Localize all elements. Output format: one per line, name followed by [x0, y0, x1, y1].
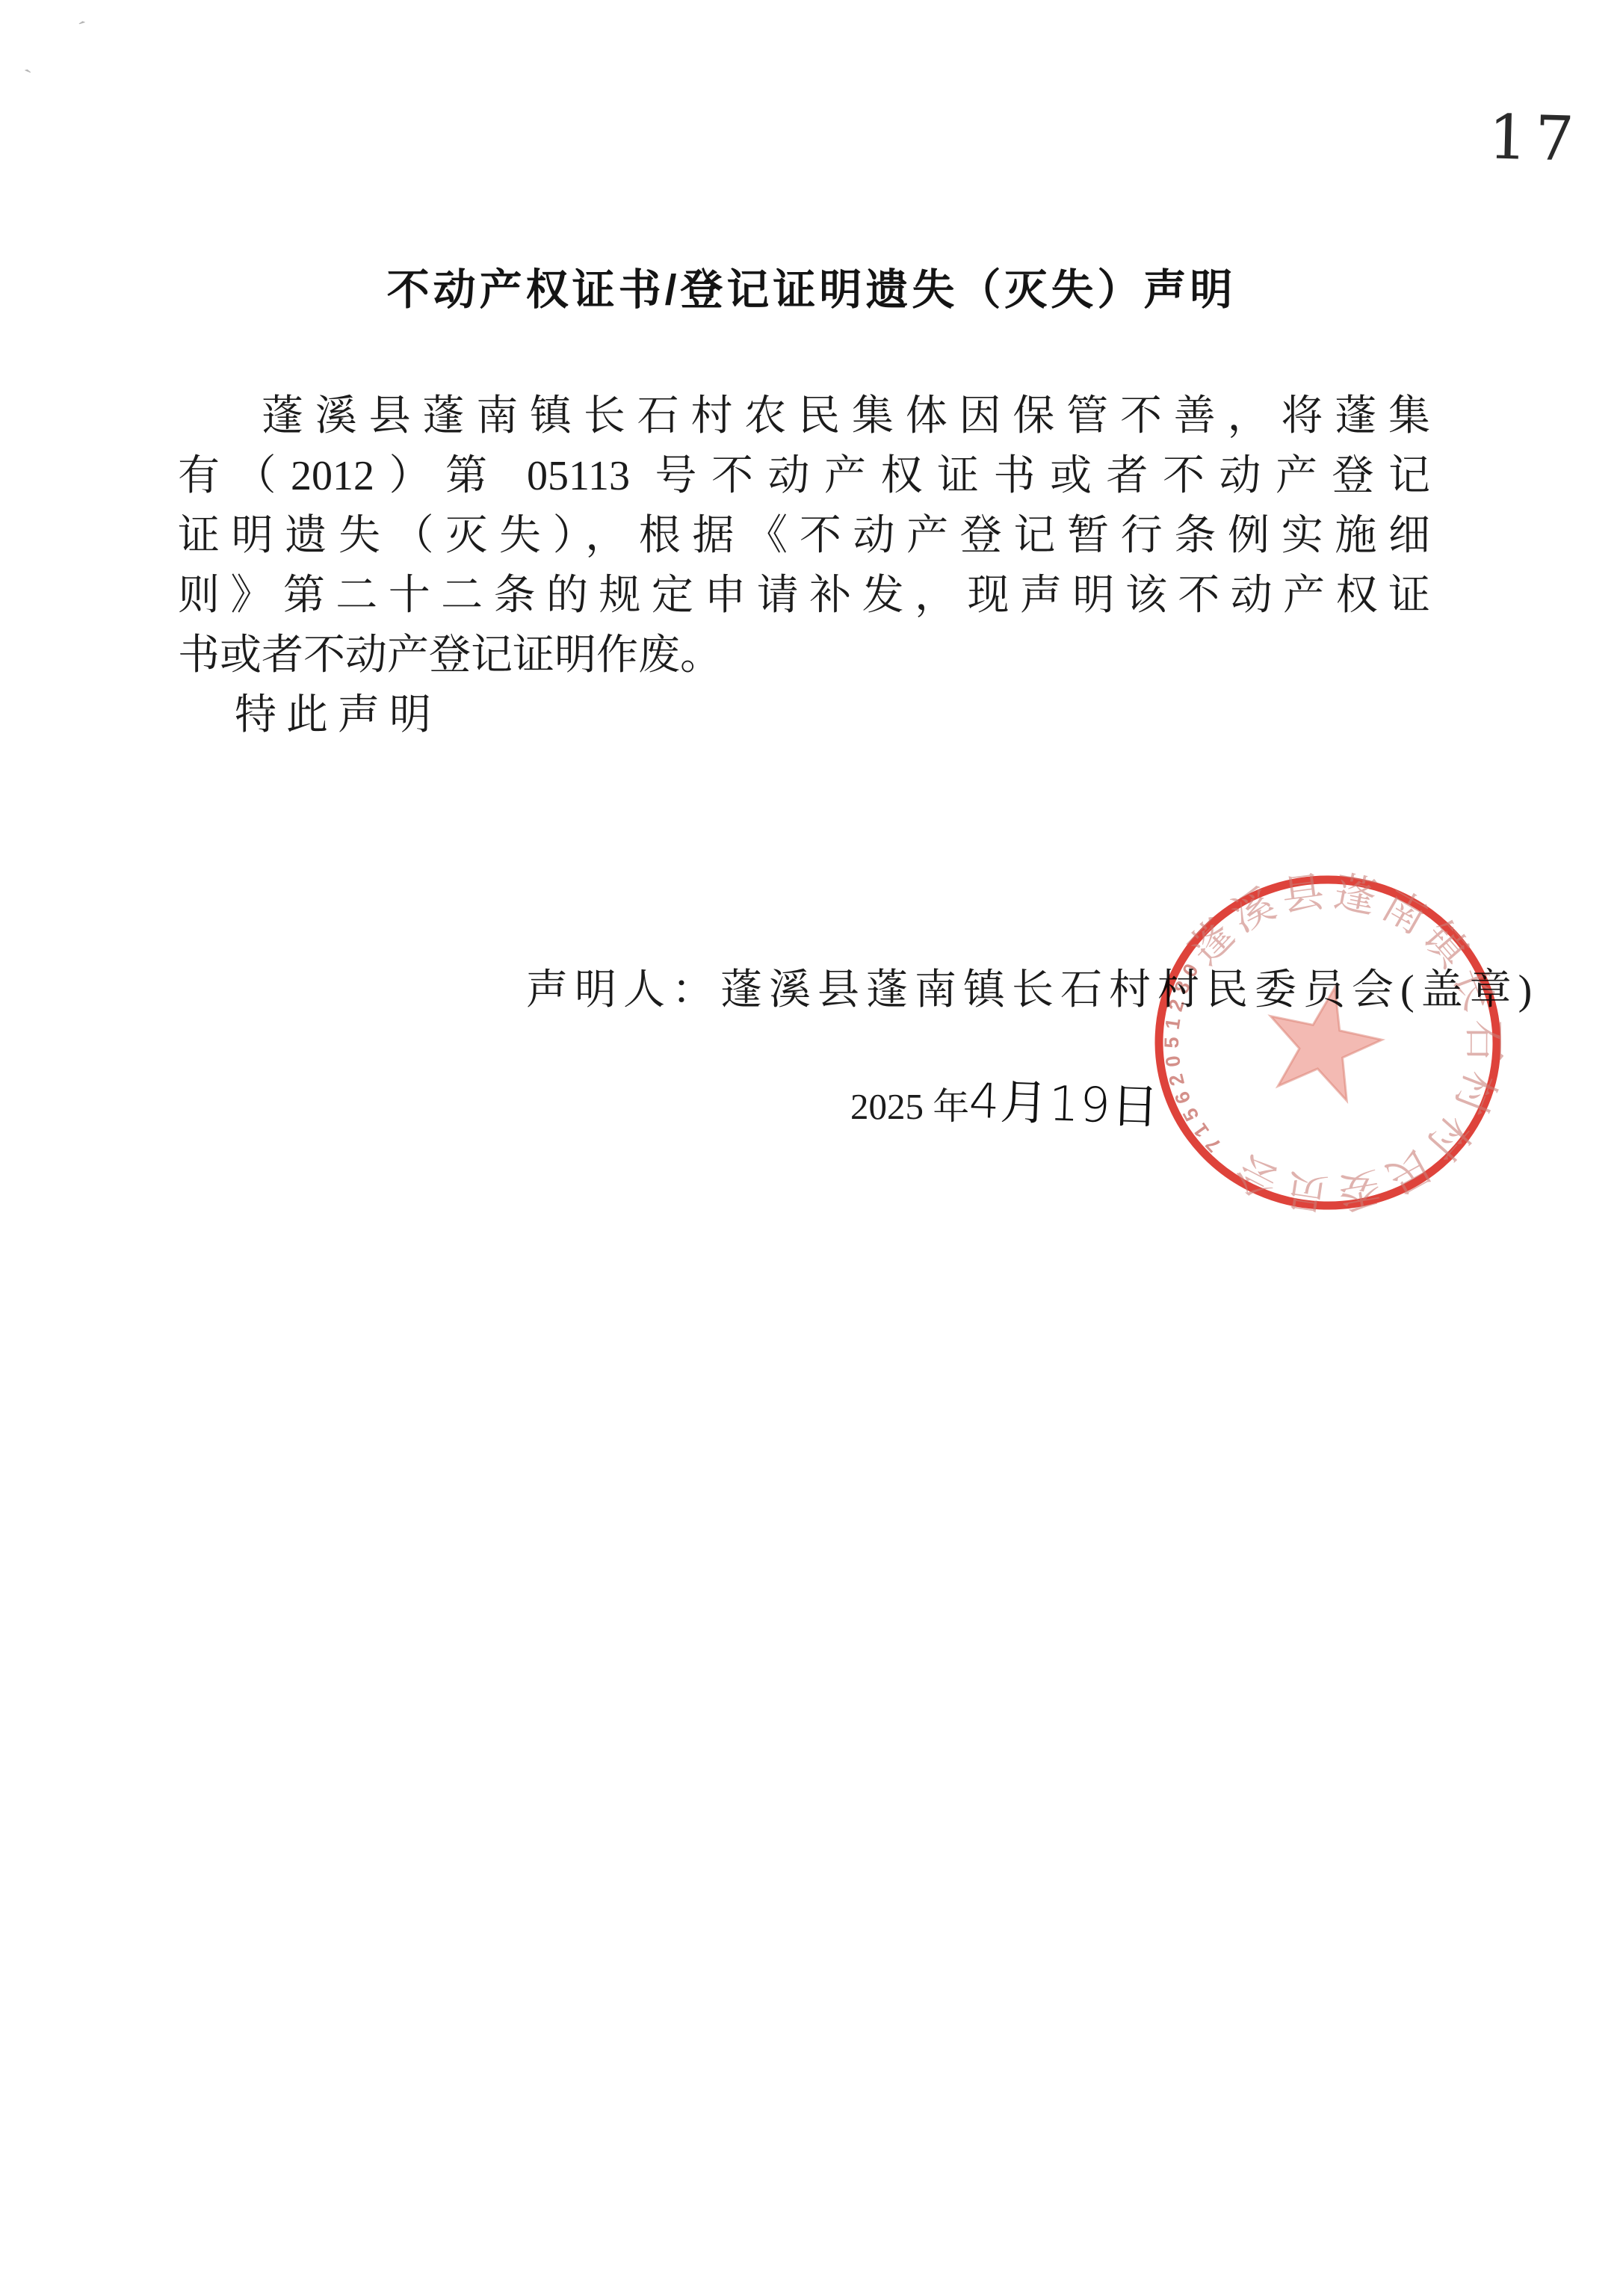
scanned-document-page: ˎ ˊ 17 不动产权证书/登记证明遗失（灭失）声明 蓬溪县蓬南镇长石村农民集体… [0, 0, 1623, 2296]
date-line: 2025 年4月19日 [850, 1064, 1160, 1133]
date-printed-year: 2025 年 [850, 1086, 969, 1127]
official-seal: 蓬溪县蓬南镇长石村村民委员会 71562051280 [1152, 867, 1503, 1218]
page-number: 17 [1488, 102, 1583, 175]
seal-star [1257, 976, 1391, 1105]
body-line: 证明遗失（灭失），根据《不动产登记暂行条例实施细 [178, 506, 1430, 566]
closing-statement: 特此声明 [178, 685, 1487, 745]
date-handwritten: 4月19日 [968, 1063, 1161, 1138]
body-line: 蓬溪县蓬南镇长石村农民集体因保管不善，将蓬集 [178, 386, 1430, 446]
body-line: 书或者不动产登记证明作废。 [178, 626, 1430, 685]
scan-artifact: ˎ [17, 46, 33, 75]
body-line: 则》第二十二条的规定申请补发，现声明该不动产权证 [178, 566, 1430, 626]
document-title: 不动产权证书/登记证明遗失（灭失）声明 [0, 256, 1623, 317]
declaration-body: 蓬溪县蓬南镇长石村农民集体因保管不善，将蓬集 有（2012）第 05113 号不… [178, 386, 1430, 745]
body-line: 有（2012）第 05113 号不动产权证书或者不动产登记 [178, 446, 1430, 506]
scan-artifact: ˊ [70, 16, 88, 46]
